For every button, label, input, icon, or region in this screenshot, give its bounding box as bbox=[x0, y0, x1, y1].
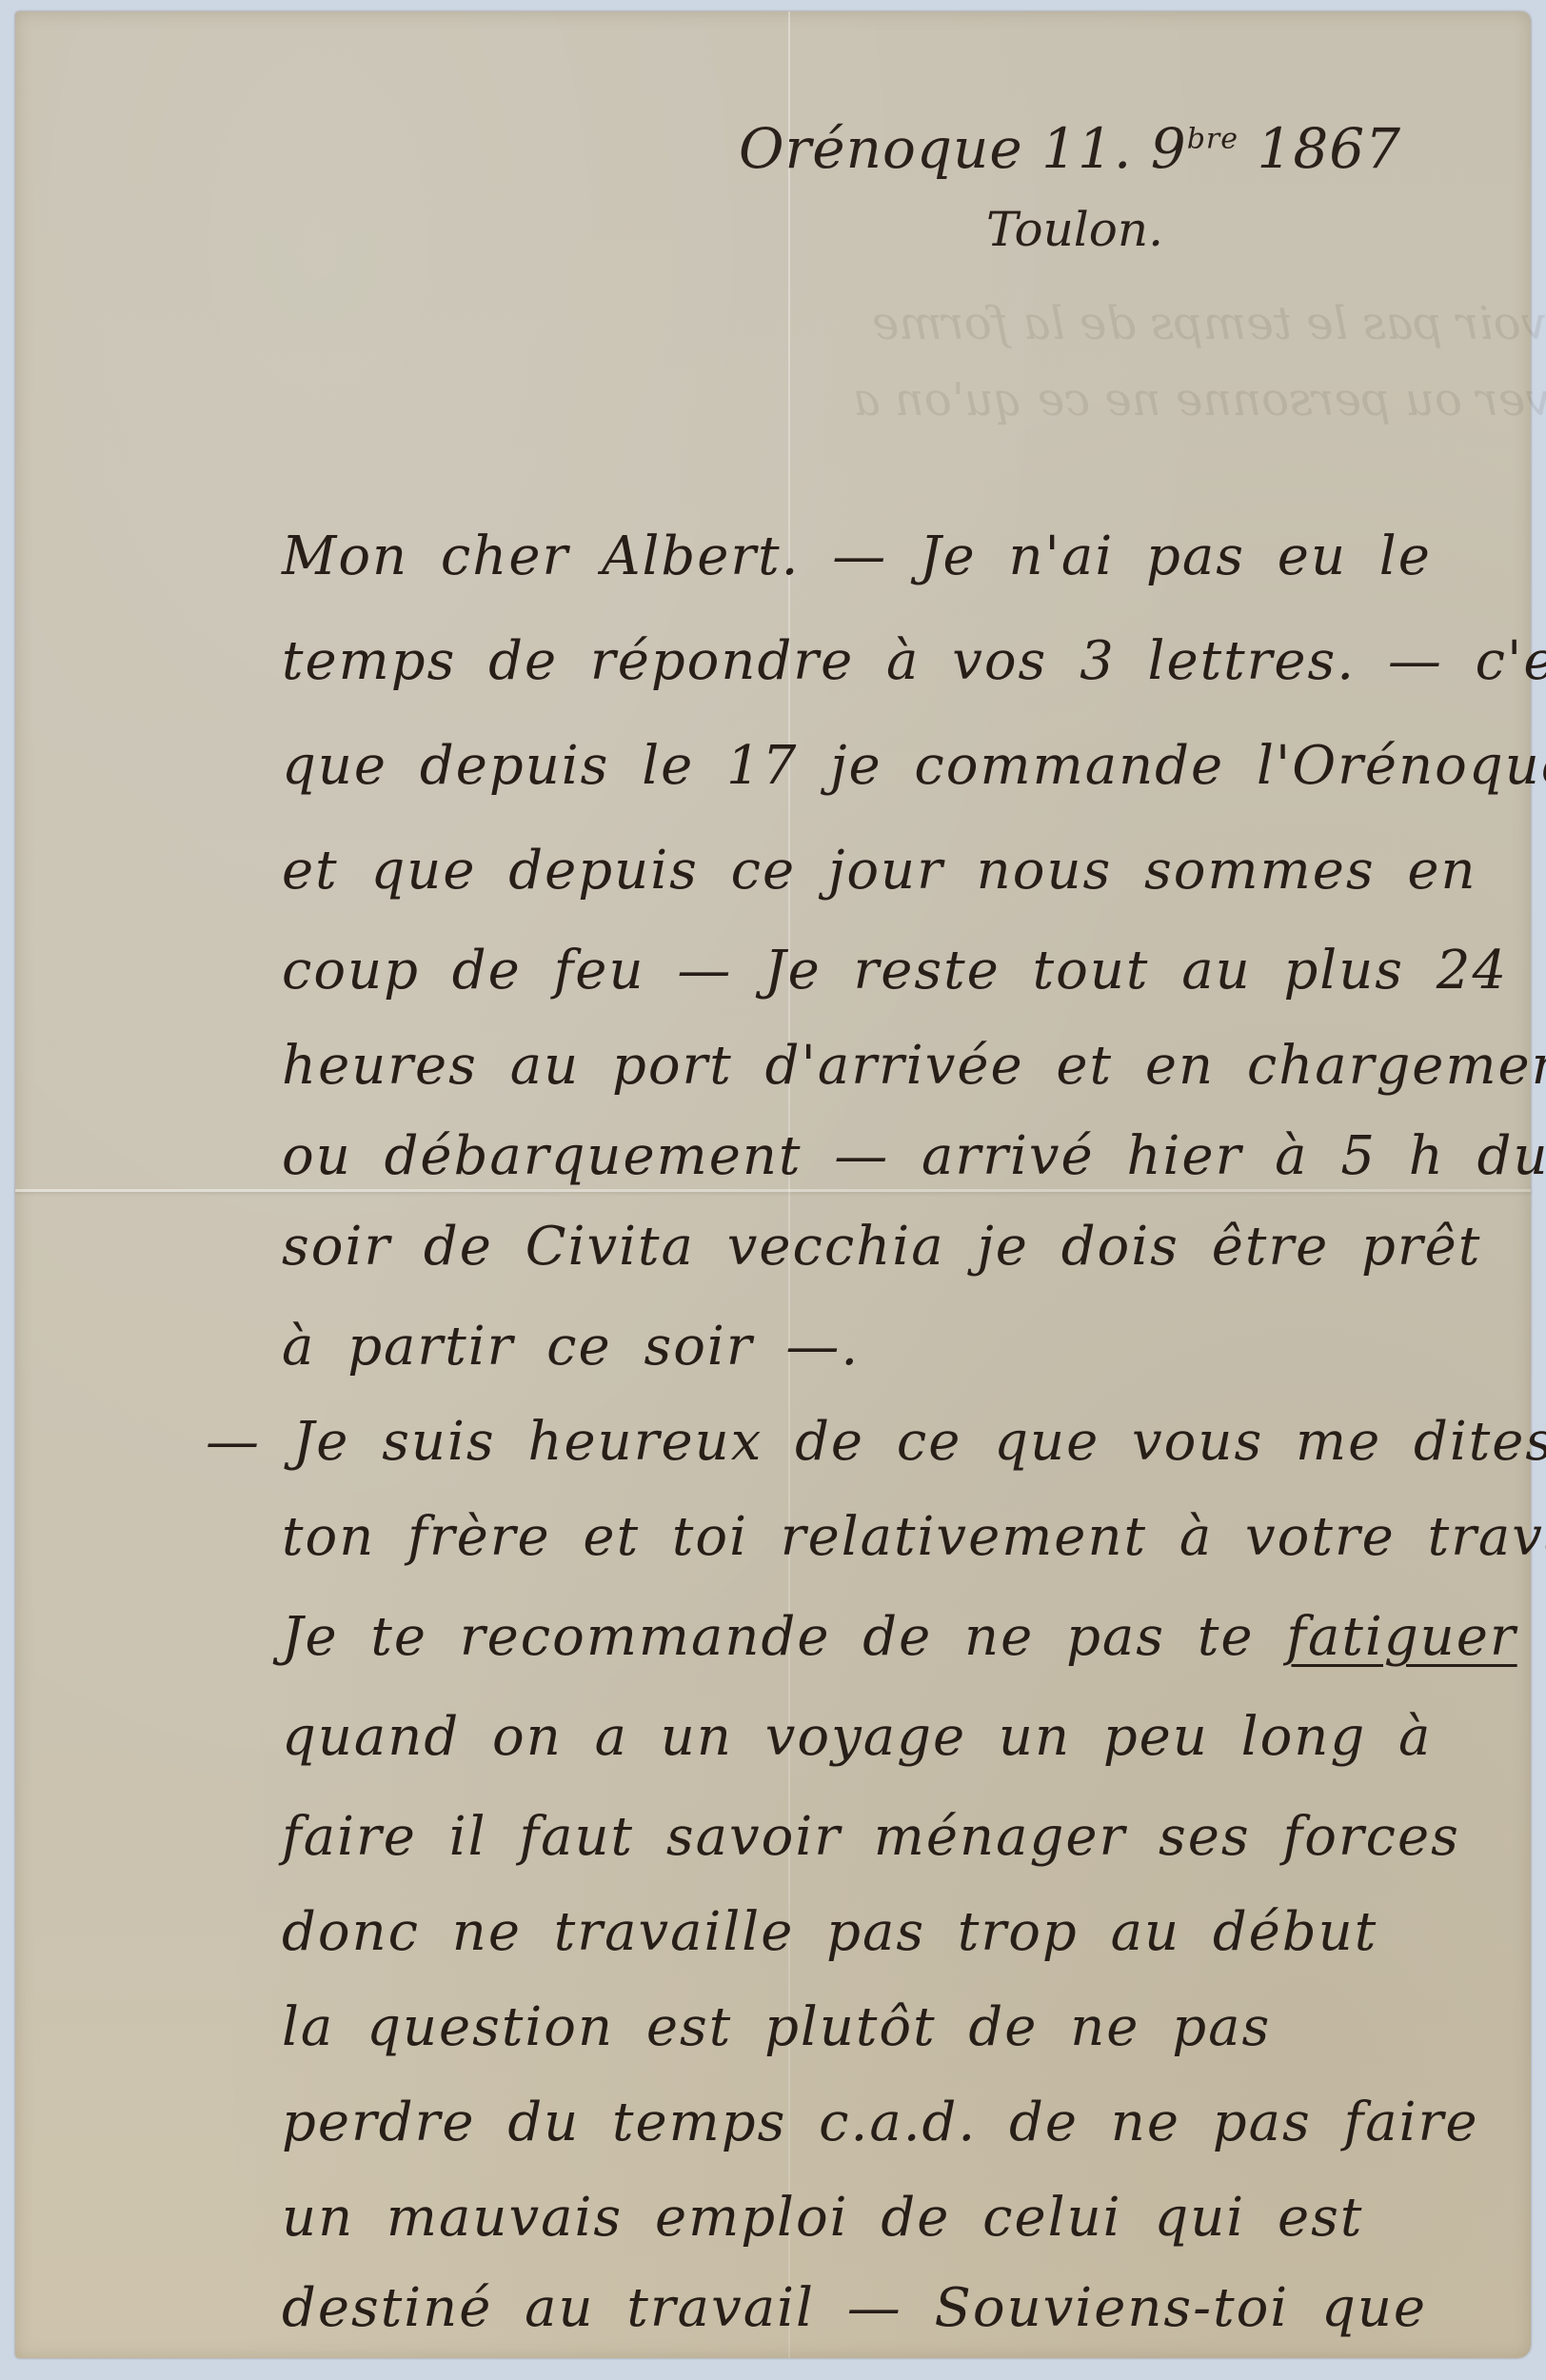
body-line: ton frère et toi relativement à votre tr… bbox=[282, 1506, 1546, 1568]
body-line: — Je suis heureux de ce que vous me dite… bbox=[206, 1411, 1546, 1473]
body-line: la question est plutôt de ne pas bbox=[282, 1996, 1271, 2058]
body-line: un mauvais emploi de celui qui est bbox=[282, 2187, 1363, 2249]
body-line: à partir ce soir —. bbox=[282, 1316, 860, 1378]
place-date-prefix: Orénoque 11. 9 bbox=[739, 116, 1187, 181]
body-line: Mon cher Albert. — Je n'ai pas eu le bbox=[282, 526, 1432, 587]
body-line: perdre du temps c.a.d. de ne pas faire bbox=[282, 2092, 1478, 2153]
body-line: heures au port d'arrivée et en chargemen… bbox=[282, 1035, 1546, 1097]
letter-page: c'est de n'avoir pas le temps de la form… bbox=[15, 11, 1531, 2358]
body-line: temps de répondre à vos 3 lettres. — c'e… bbox=[282, 630, 1546, 692]
month-abbreviation-superscript: bre bbox=[1187, 123, 1239, 156]
city: Toulon. bbox=[986, 202, 1163, 257]
body-line: ou débarquement — arrivé hier à 5 h du bbox=[282, 1125, 1546, 1187]
body-line: faire il faut savoir ménager ses forces bbox=[282, 1806, 1460, 1868]
body-line: quand on a un voyage un peu long à bbox=[282, 1706, 1432, 1768]
body-line: et que depuis ce jour nous sommes en bbox=[282, 840, 1477, 902]
underlined-word: fatiguer bbox=[1286, 1606, 1516, 1668]
bleed-through-text: c'est de n'avoir pas le temps de la form… bbox=[872, 297, 1546, 350]
year: 1867 bbox=[1239, 116, 1401, 181]
body-line: que depuis le 17 je commande l'Orénoque bbox=[282, 735, 1546, 797]
body-line: Je te recommande de ne pas te fatiguer bbox=[282, 1606, 1517, 1668]
body-line: destiné au travail — Souviens-toi que bbox=[282, 2277, 1427, 2339]
horizontal-fold-crease bbox=[15, 1189, 1531, 1192]
body-line: soir de Civita vecchia je dois être prêt bbox=[282, 1216, 1481, 1278]
place-and-date: Orénoque 11. 9bre 1867 bbox=[739, 116, 1401, 181]
body-line-text: Je te recommande de ne pas te bbox=[282, 1606, 1286, 1668]
bleed-through-text: d'arriver ou personne ne ce qu'on a bbox=[853, 373, 1546, 426]
body-line: coup de feu — Je reste tout au plus 24 bbox=[282, 940, 1508, 1002]
body-line: donc ne travaille pas trop au début bbox=[282, 1901, 1378, 1963]
